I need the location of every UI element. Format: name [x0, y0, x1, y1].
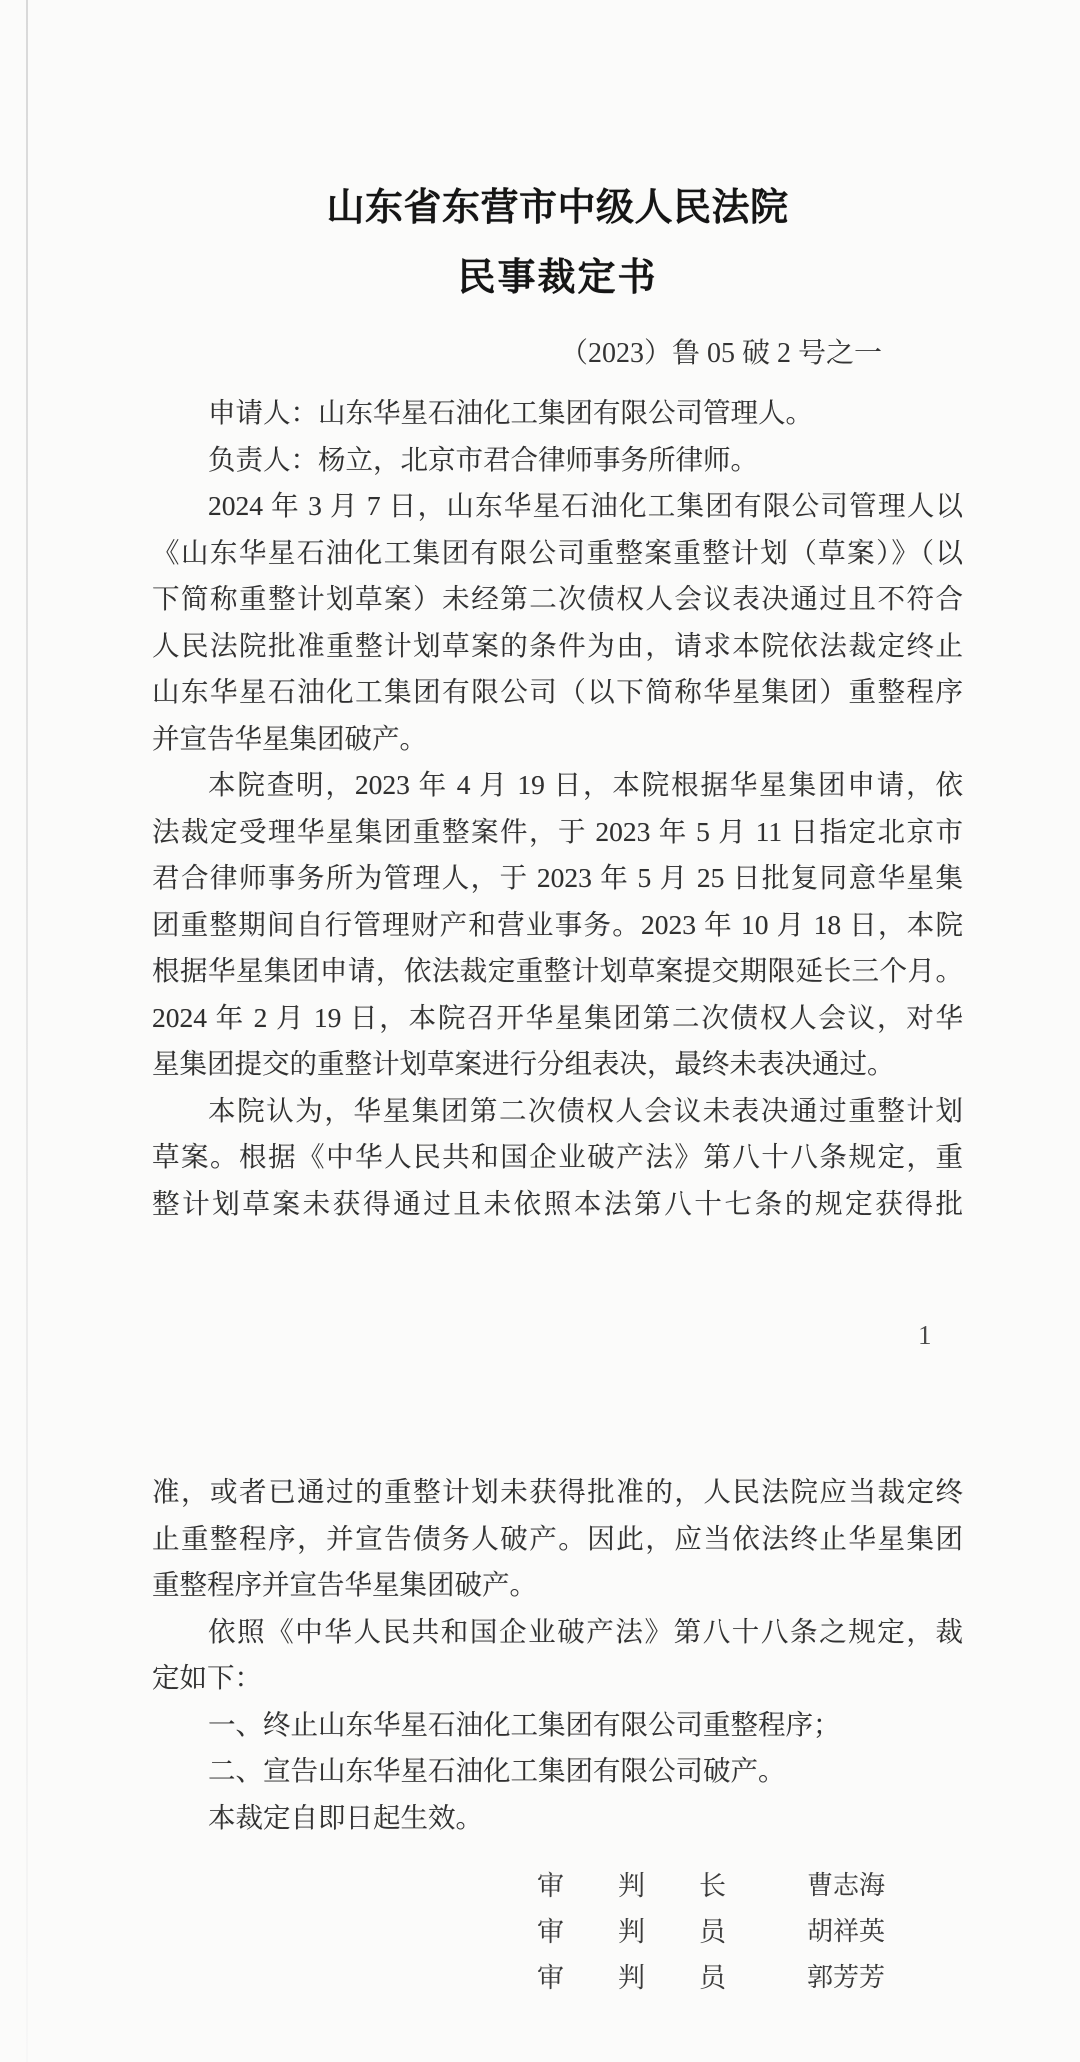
- page2-body: 准，或者已通过的重整计划未获得批准的，人民法院应当裁定终 止重整程序，并宣告债务…: [152, 1469, 963, 1841]
- body-line: 本院认为，华星集团第二次债权人会议未表决通过重整计划: [152, 1088, 963, 1135]
- body-line: 人民法院批准重整计划草案的条件为由，请求本院依法裁定终止: [152, 623, 963, 670]
- body-line: 重整程序并宣告华星集团破产。: [152, 1562, 963, 1609]
- body-line: 负责人：杨立，北京市君合律师事务所律师。: [152, 437, 963, 484]
- judge-role: 审 判 员: [537, 1955, 726, 2001]
- judge-role: 审 判 员: [537, 1909, 726, 1955]
- document-type-title: 民事裁定书: [152, 246, 963, 301]
- signature-row: 审 判 长 曹志海: [152, 1863, 963, 1909]
- page-edge-divider: [26, 0, 28, 2062]
- page-number: 1: [918, 1320, 932, 1351]
- body-line: 本裁定自即日起生效。: [152, 1795, 963, 1842]
- body-line: 山东华星石油化工集团有限公司（以下简称华星集团）重整程序: [152, 669, 963, 716]
- body-line: 2024 年 2 月 19 日，本院召开华星集团第二次债权人会议，对华: [152, 995, 963, 1042]
- signature-row: 审 判 员 胡祥英: [152, 1909, 963, 1955]
- body-line: 2024 年 3 月 7 日，山东华星石油化工集团有限公司管理人以: [152, 483, 963, 530]
- body-line: 并宣告华星集团破产。: [152, 716, 963, 763]
- body-line: 整计划草案未获得通过且未依照本法第八十七条的规定获得批: [152, 1181, 963, 1228]
- body-line: 定如下：: [152, 1655, 963, 1702]
- case-number: （2023）鲁 05 破 2 号之一: [152, 331, 882, 371]
- signature-row: 审 判 员 郭芳芳: [152, 1955, 963, 2001]
- judge-name: 郭芳芳: [807, 1955, 885, 2001]
- scanned-court-ruling-page: 山东省东营市中级人民法院 民事裁定书 （2023）鲁 05 破 2 号之一 申请…: [0, 0, 1080, 2062]
- ruling-item-line: 二、宣告山东华星石油化工集团有限公司破产。: [152, 1748, 963, 1795]
- judge-name: 曹志海: [807, 1863, 885, 1909]
- body-line: 依照《中华人民共和国企业破产法》第八十八条之规定，裁: [152, 1609, 963, 1656]
- body-line: 法裁定受理华星集团重整案件，于 2023 年 5 月 11 日指定北京市: [152, 809, 963, 856]
- body-line: 止重整程序，并宣告债务人破产。因此，应当依法终止华星集团: [152, 1516, 963, 1563]
- body-line: 下简称重整计划草案）未经第二次债权人会议表决通过且不符合: [152, 576, 963, 623]
- body-line: 草案。根据《中华人民共和国企业破产法》第八十八条规定，重: [152, 1134, 963, 1181]
- body-line: 申请人：山东华星石油化工集团有限公司管理人。: [152, 390, 963, 437]
- judge-role: 审 判 长: [537, 1863, 726, 1909]
- judge-name: 胡祥英: [807, 1909, 885, 1955]
- body-line: 准，或者已通过的重整计划未获得批准的，人民法院应当裁定终: [152, 1469, 963, 1516]
- page1-body: 申请人：山东华星石油化工集团有限公司管理人。 负责人：杨立，北京市君合律师事务所…: [152, 390, 963, 1227]
- body-line: 团重整期间自行管理财产和营业事务。2023 年 10 月 18 日，本院: [152, 902, 963, 949]
- body-line: 本院查明，2023 年 4 月 19 日，本院根据华星集团申请，依: [152, 762, 963, 809]
- body-line: 星集团提交的重整计划草案进行分组表决，最终未表决通过。: [152, 1041, 963, 1088]
- body-line: 《山东华星石油化工集团有限公司重整案重整计划（草案）》（以: [152, 530, 963, 577]
- court-name-title: 山东省东营市中级人民法院: [152, 176, 963, 231]
- ruling-item-line: 一、终止山东华星石油化工集团有限公司重整程序；: [152, 1702, 963, 1749]
- body-line: 根据华星集团申请，依法裁定重整计划草案提交期限延长三个月。: [152, 948, 963, 995]
- body-line: 君合律师事务所为管理人，于 2023 年 5 月 25 日批复同意华星集: [152, 855, 963, 902]
- signature-block: 审 判 长 曹志海 审 判 员 胡祥英 审 判 员 郭芳芳: [152, 1863, 963, 2001]
